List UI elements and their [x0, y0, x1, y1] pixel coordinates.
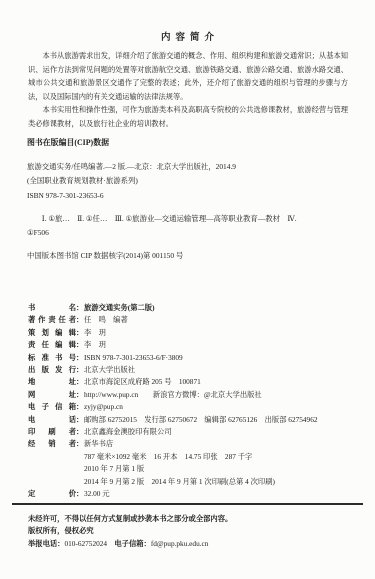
row-label: 网址 [28, 389, 76, 401]
content-intro-heading: 内容简介 [0, 29, 375, 43]
colophon-row-phone: 电话：邮购部 62752015 发行部 62750672 编辑部 6276512… [28, 414, 358, 426]
content-intro: 本书从旅游需求出发，详细介绍了旅游交通的概念、作用、组织构建和旅游交通常识；从基… [28, 50, 348, 131]
row-label: 著作责任者 [28, 314, 76, 326]
row-colon: ： [76, 414, 84, 426]
row-value: 任 鸣 编著 [84, 315, 128, 324]
row-colon: ： [76, 339, 84, 351]
row-value: 北京鑫海金澳胶印有限公司 [84, 427, 172, 436]
colophon-row-publisher: 出版发行：北京大学出版社 [28, 364, 358, 376]
row-colon: ： [76, 352, 84, 364]
colophon-row-second-edition: 2014 年 9 月第 2 版 2014 年 9 月第 1 次印刷(总第 4 次… [28, 476, 358, 488]
cip-heading: 图书在版编目(CIP)数据 [27, 136, 348, 150]
row-label: 电话 [28, 414, 76, 426]
colophon-row-printer: 印刷者：北京鑫海金澳胶印有限公司 [28, 426, 358, 438]
row-value: zyjy@pup.cn [84, 402, 123, 411]
row-colon: ： [76, 302, 84, 314]
row-label: 责任编辑 [28, 339, 76, 351]
row-colon: ： [76, 376, 84, 388]
row-value: 邮购部 62752015 发行部 62750672 编辑部 62765126 出… [84, 415, 318, 424]
colophon-row-distributor: 经销者：新华书店 [28, 438, 358, 450]
cip-classification-line-1: Ⅰ. ①旅… Ⅱ. ①任… Ⅲ. ①旅游业—交通运输管理—高等职业教育—教材 Ⅳ… [27, 212, 348, 226]
row-value: 李 玥 [84, 340, 106, 349]
report-email-value: fd@pup.pku.edu.cn [151, 539, 209, 548]
row-colon: ： [76, 314, 84, 326]
row-label: 策划编辑 [28, 327, 76, 339]
all-rights-reserved-notice: 版权所有，侵权必究 [28, 525, 358, 537]
report-email-label: 电子信箱： [107, 539, 151, 548]
row-colon: ： [76, 389, 84, 401]
colophon-row-first-edition: 2010 年 7 月第 1 版 [28, 463, 358, 475]
row-colon: ： [76, 401, 84, 413]
report-phone-value: 010-62752024 [64, 539, 107, 548]
row-value: 32.00 元 [84, 489, 110, 498]
row-label: 电子信箱 [28, 401, 76, 413]
row-value: ISBN 978-7-301-23653-6/F·3809 [84, 353, 183, 362]
row-colon: ： [76, 327, 84, 339]
row-colon: ： [76, 364, 84, 376]
row-value: http://www.pup.cn 新浪官方微博：@北京大学出版社 [84, 390, 262, 399]
colophon-row-responsible-editor: 责任编辑：李 玥 [28, 339, 358, 351]
colophon-row-email: 电子信箱：zyjy@pup.cn [28, 401, 358, 413]
copyright-page: 内容简介 本书从旅游需求出发，详细介绍了旅游交通的概念、作用、组织构建和旅游交通… [0, 0, 375, 579]
cip-title-line: 旅游交通实务/任鸣编著.—2 版.—北京：北京大学出版社，2014.9 [27, 160, 348, 174]
row-value: 2010 年 7 月第 1 版 [84, 464, 144, 473]
cip-series-line: (全国职业教育规划教材·旅游系列) [27, 174, 348, 188]
divider-line [12, 503, 363, 505]
row-value: 李 玥 [84, 328, 106, 337]
row-value: 北京大学出版社 [84, 365, 135, 374]
row-value: 新华书店 [84, 439, 113, 448]
cip-data-block: 图书在版编目(CIP)数据 旅游交通实务/任鸣编著.—2 版.—北京：北京大学出… [27, 136, 348, 263]
copyright-notice: 未经许可，不得以任何方式复制或抄袭本书之部分或全部内容。 版权所有，侵权必究 举… [28, 513, 358, 550]
row-value: 2014 年 9 月第 2 版 2014 年 9 月第 1 次印刷(总第 4 次… [84, 477, 275, 486]
row-value: 787 毫米×1092 毫米 16 开本 14.75 印张 287 千字 [84, 452, 252, 461]
cip-isbn-line: ISBN 978-7-301-23653-6 [27, 189, 348, 203]
colophon-row-address: 地址：北京市海淀区成府路 205 号 100871 [28, 376, 358, 388]
colophon-row-standard-isbn: 标准书号：ISBN 978-7-301-23653-6/F·3809 [28, 352, 358, 364]
colophon-row-website: 网址：http://www.pup.cn 新浪官方微博：@北京大学出版社 [28, 389, 358, 401]
publication-info: 书名：旅游交通实务(第二版) 著作责任者：任 鸣 编著 策划编辑：李 玥 责任编… [28, 302, 358, 501]
row-colon: ： [76, 488, 84, 500]
row-value: 北京市海淀区成府路 205 号 100871 [84, 377, 201, 386]
row-value: 旅游交通实务(第二版) [84, 303, 155, 312]
report-contact-line: 举报电话：010-62752024 电子信箱：fd@pup.pku.edu.cn [28, 538, 358, 550]
intro-paragraph-1: 本书从旅游需求出发，详细介绍了旅游交通的概念、作用、组织构建和旅游交通常识；从基… [28, 50, 348, 104]
colophon-row-format-spec: 787 毫米×1092 毫米 16 开本 14.75 印张 287 千字 [28, 451, 358, 463]
row-label: 经销者 [28, 438, 76, 450]
intro-paragraph-2: 本书实用性和操作性强，可作为旅游类本科及高职高专院校的公共选修课教材，旅游经营与… [28, 104, 348, 131]
cip-classification-line-2: ①F506 [27, 226, 348, 240]
colophon-row-planning-editor: 策划编辑：李 玥 [28, 327, 358, 339]
cip-record-number: 中国版本图书馆 CIP 数据核字(2014)第 001150 号 [27, 249, 348, 263]
colophon-row-book-title: 书名：旅游交通实务(第二版) [28, 302, 358, 314]
row-label: 出版发行 [28, 364, 76, 376]
row-label: 定价 [28, 488, 76, 500]
row-label: 地址 [28, 376, 76, 388]
colophon-row-author: 著作责任者：任 鸣 编著 [28, 314, 358, 326]
row-colon: ： [76, 438, 84, 450]
copy-prohibition-notice: 未经许可，不得以任何方式复制或抄袭本书之部分或全部内容。 [28, 513, 358, 525]
colophon-row-price: 定价：32.00 元 [28, 488, 358, 500]
row-label: 书名 [28, 302, 76, 314]
row-colon: ： [76, 426, 84, 438]
row-label: 标准书号 [28, 352, 76, 364]
row-label: 印刷者 [28, 426, 76, 438]
report-phone-label: 举报电话： [28, 539, 64, 548]
